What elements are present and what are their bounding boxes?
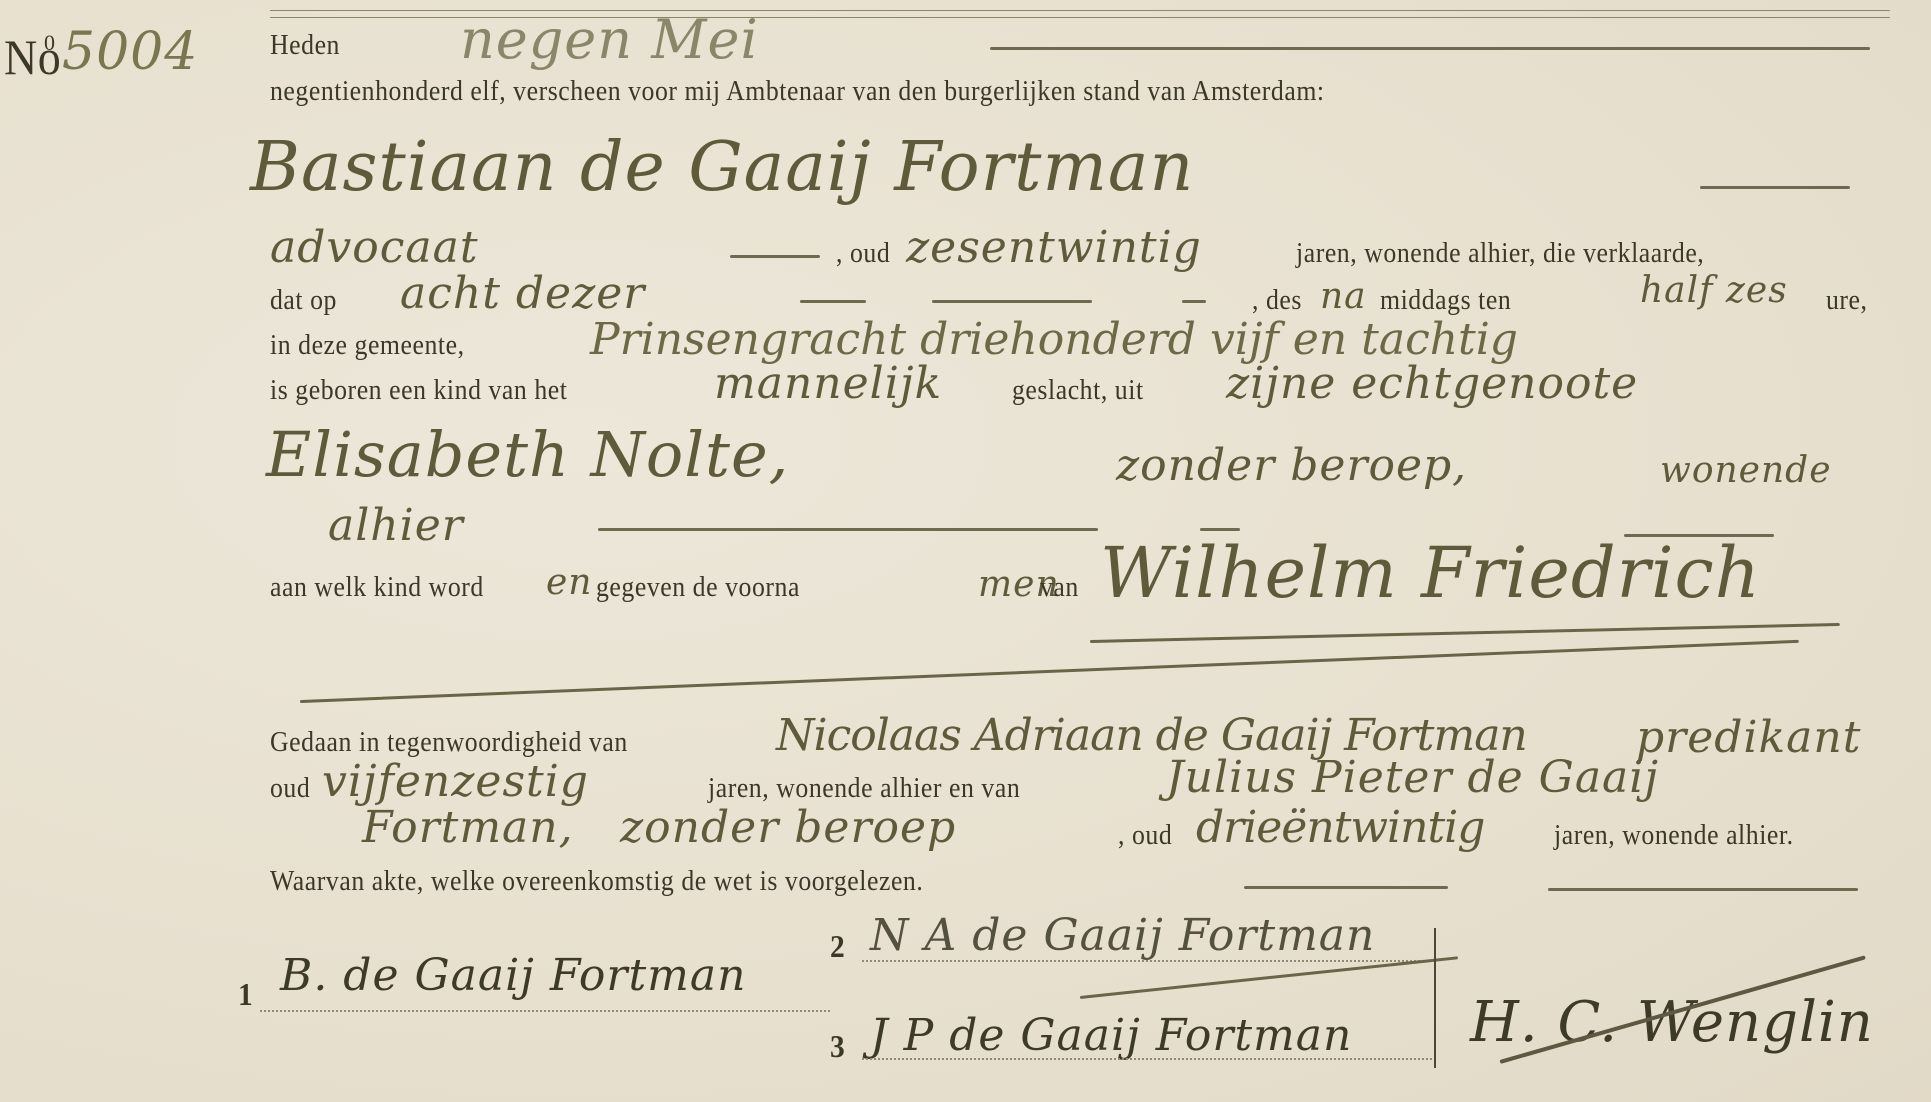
jaren-wonende-label: jaren, wonende alhier, die verklaarde, bbox=[1296, 238, 1704, 270]
official-signature: H. C. Wenglin bbox=[1470, 990, 1874, 1055]
signature-line-3 bbox=[862, 1058, 1432, 1060]
oud-label-2: oud bbox=[270, 773, 310, 805]
is-geboren-label: is geboren een kind van het bbox=[270, 375, 567, 407]
date-day-month: negen Mei bbox=[460, 8, 759, 71]
oud-label: , oud bbox=[836, 238, 890, 270]
des-label: , des bbox=[1252, 285, 1302, 317]
witness2-name: Julius Pieter de Gaaij bbox=[1166, 752, 1659, 803]
date-fill-rule bbox=[990, 47, 1870, 50]
names-overline-1 bbox=[1200, 528, 1240, 531]
mother-occupation: zonder beroep, bbox=[1116, 440, 1467, 491]
signature-3: J P de Gaaij Fortman bbox=[870, 1010, 1352, 1061]
signature-2: N A de Gaaij Fortman bbox=[870, 910, 1375, 961]
signature-1: B. de Gaaij Fortman bbox=[280, 950, 746, 1001]
child-sex: mannelijk bbox=[714, 358, 942, 409]
birth-time: half zes bbox=[1640, 270, 1788, 311]
mother-residence-2: alhier bbox=[328, 500, 464, 551]
signature-number-1: 1 bbox=[238, 976, 253, 1013]
declarant-occupation: advocaat bbox=[270, 222, 479, 273]
declarant-name-fill bbox=[1700, 186, 1850, 189]
geslacht-uit-label: geslacht, uit bbox=[1012, 375, 1144, 407]
waarvan-fill-1 bbox=[1244, 886, 1448, 889]
signature-number-2: 2 bbox=[830, 928, 845, 965]
in-deze-gemeente-label: in deze gemeente, bbox=[270, 330, 465, 362]
birth-day: acht dezer bbox=[400, 268, 645, 319]
birth-day-fill-2 bbox=[932, 300, 1092, 303]
declarant-age: zesentwintig bbox=[906, 222, 1202, 273]
witness2-name-cont: Fortman, bbox=[362, 802, 574, 853]
birth-day-fill-1 bbox=[800, 300, 866, 303]
preamble-line: negentienhonderd elf, verscheen voor mij… bbox=[270, 76, 1325, 108]
waarvan-fill-2 bbox=[1548, 888, 1858, 891]
witness1-age: vijfenzestig bbox=[322, 756, 589, 807]
signature-number-3: 3 bbox=[830, 1028, 845, 1065]
gedaan-label: Gedaan in tegenwoordigheid van bbox=[270, 727, 628, 759]
waarvan-akte-label: Waarvan akte, welke overeenkomstig de we… bbox=[270, 866, 923, 898]
declarant-name: Bastiaan de Gaaij Fortman bbox=[250, 128, 1194, 207]
jaren-alhier-label: jaren, wonende alhier. bbox=[1554, 820, 1794, 852]
heden-label: Heden bbox=[270, 30, 340, 62]
signature-line-1 bbox=[260, 1010, 830, 1012]
word-suffix: en bbox=[546, 562, 593, 603]
witness2-occupation: zonder beroep bbox=[620, 802, 956, 853]
document-number-value: 5004 bbox=[62, 22, 198, 82]
na-word: na bbox=[1320, 276, 1367, 317]
closing-slant-1 bbox=[1090, 623, 1840, 643]
witness-brace bbox=[1434, 928, 1440, 1068]
ure-label: ure, bbox=[1826, 285, 1868, 317]
van-label: van bbox=[1040, 572, 1079, 604]
witness1-occupation: predikant bbox=[1636, 712, 1861, 763]
number-superscript-o: 0 bbox=[44, 30, 55, 56]
mother-residence: wonende bbox=[1660, 450, 1832, 491]
residence-fill bbox=[598, 528, 1098, 531]
middags-ten-label: middags ten bbox=[1380, 285, 1511, 317]
spouse-reference: zijne echtgenoote bbox=[1226, 358, 1638, 409]
occupation-fill bbox=[730, 255, 820, 258]
mother-name: Elisabeth Nolte, bbox=[266, 418, 789, 491]
gegeven-label: gegeven de voorna bbox=[596, 572, 800, 604]
closing-slant-2 bbox=[300, 640, 1799, 703]
witness2-age: drieëntwintig bbox=[1196, 802, 1484, 853]
oud-label-3: , oud bbox=[1118, 820, 1172, 852]
jaren-en-van-label: jaren, wonende alhier en van bbox=[708, 773, 1020, 805]
aan-welk-kind-label: aan welk kind word bbox=[270, 572, 484, 604]
signature-2-stroke bbox=[1080, 956, 1458, 999]
dat-op-label: dat op bbox=[270, 285, 337, 317]
signature-line-2 bbox=[862, 960, 1432, 962]
birth-day-fill-3 bbox=[1182, 300, 1206, 303]
child-given-names: Wilhelm Friedrich bbox=[1100, 532, 1761, 614]
